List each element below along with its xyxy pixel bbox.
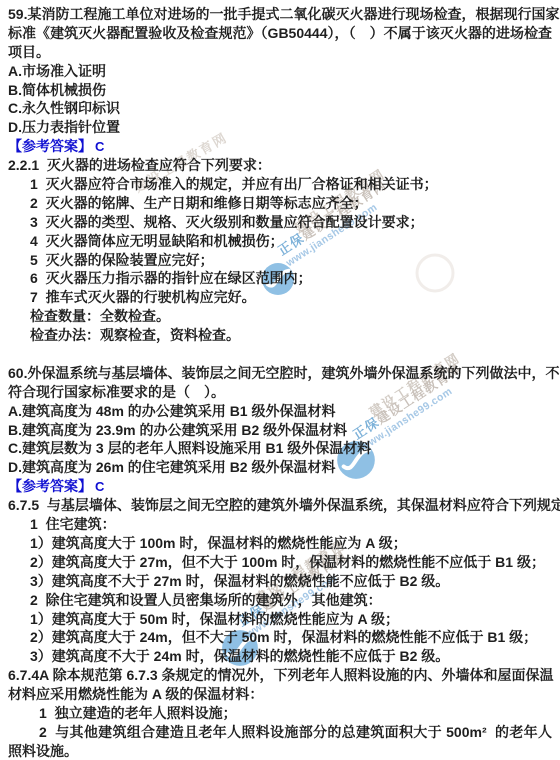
question-60-text: 符合现行国家标准要求的是（ ）。	[8, 383, 552, 402]
clause-675-item: 2）建筑高度大于 27m，但不大于 100m 时，保温材料的燃烧性能不应低于 B…	[8, 553, 552, 572]
answer-label: 【参考答案】	[8, 478, 92, 494]
option-d-q60: D.建筑高度为 26m 的住宅建筑采用 B2 级外保温材料	[8, 458, 552, 477]
clause-675-title: 6.7.5 与基层墙体、装饰层之间无空腔的建筑外墙外保温系统，其保温材料应符合下…	[8, 496, 552, 515]
clause-221-item: 4 灭火器筒体应无明显缺陷和机械损伤；	[8, 232, 552, 251]
option-c-q60: C.建筑层数为 3 层的老年人照料设施采用 B1 级外保温材料	[8, 439, 552, 458]
blank-line	[8, 345, 552, 364]
clause-674a-item: 1 独立建造的老年人照料设施；	[8, 704, 552, 723]
clause-675-item: 2）建筑高度大于 24m，但不大于 50m 时，保温材料的燃烧性能不应低于 B1…	[8, 628, 552, 647]
clause-221-title: 2.2.1 灭火器的进场检查应符合下列要求：	[8, 156, 552, 175]
question-59-text: 标准《建筑灭火器配置验收及检查规范》（GB50444），（ ）不属于该灭火器的进…	[8, 24, 552, 43]
option-a-q59: A.市场准入证明	[8, 62, 552, 81]
clause-221-item: 6 灭火器压力指示器的指针应在绿区范围内；	[8, 269, 552, 288]
answer-value: C	[95, 479, 104, 494]
clause-221-item: 3 灭火器的类型、规格、灭火级别和数量应符合配置设计要求；	[8, 213, 552, 232]
answer-value: C	[95, 139, 104, 154]
question-59-text: 59.某消防工程施工单位对进场的一批手提式二氧化碳灭火器进行现场检查，根据现行国…	[8, 5, 552, 24]
clause-675-item: 3）建筑高度不大于 27m 时，保温材料的燃烧性能不应低于 B2 级。	[8, 572, 552, 591]
option-a-q60: A.建筑高度为 48m 的办公建筑采用 B1 级外保温材料	[8, 402, 552, 421]
clause-675-item: 1 住宅建筑：	[8, 515, 552, 534]
check-method-line: 检查办法：观察检查，资料检查。	[8, 326, 552, 345]
reference-answer-60: 【参考答案】C	[8, 477, 552, 496]
clause-675-item: 2 除住宅建筑和设置人员密集场所的建筑外，其他建筑：	[8, 591, 552, 610]
clause-221-item: 5 灭火器的保险装置应完好；	[8, 251, 552, 270]
reference-answer-59: 【参考答案】C	[8, 137, 552, 156]
check-quantity-line: 检查数量：全数检查。	[8, 307, 552, 326]
option-b-q60: B.建筑高度为 23.9m 的办公建筑采用 B2 级外保温材料	[8, 421, 552, 440]
option-b-q59: B.简体机械损伤	[8, 81, 552, 100]
clause-675-item: 1）建筑高度大于 100m 时，保温材料的燃烧性能应为 A 级；	[8, 534, 552, 553]
clause-674a-text: 6.7.4A 除本规范第 6.7.3 条规定的情况外，下列老年人照料设施的内、外…	[8, 666, 552, 685]
question-59-text: 项目。	[8, 43, 552, 62]
clause-675-item: 3）建筑高度不大于 24m 时，保温材料的燃烧性能不应低于 B2 级。	[8, 647, 552, 666]
clause-221-item: 7 推车式灭火器的行驶机构应完好。	[8, 288, 552, 307]
answer-label: 【参考答案】	[8, 138, 92, 154]
option-c-q59: C.永久性钢印标识	[8, 99, 552, 118]
document-body: 59.某消防工程施工单位对进场的一批手提式二氧化碳灭火器进行现场检查，根据现行国…	[0, 0, 560, 760]
clause-675-item: 1）建筑高度大于 50m 时，保温材料的燃烧性能应为 A 级；	[8, 610, 552, 629]
clause-674a-text: 材料应采用燃烧性能为 A 级的保温材料：	[8, 685, 552, 704]
question-60-text: 60.外保温系统与基层墙体、装饰层之间无空腔时，建筑外墙外保温系统的下列做法中，…	[8, 364, 552, 383]
clause-221-item: 2 灭火器的铭牌、生产日期和维修日期等标志应齐全；	[8, 194, 552, 213]
clause-674a-item: 照料设施。	[8, 742, 552, 760]
option-d-q59: D.压力表指针位置	[8, 118, 552, 137]
clause-221-item: 1 灭火器应符合市场准入的规定，并应有出厂合格证和相关证书；	[8, 175, 552, 194]
clause-674a-item: 2 与其他建筑组合建造且老年人照料设施部分的总建筑面积大于 500m² 的老年人	[8, 723, 552, 742]
